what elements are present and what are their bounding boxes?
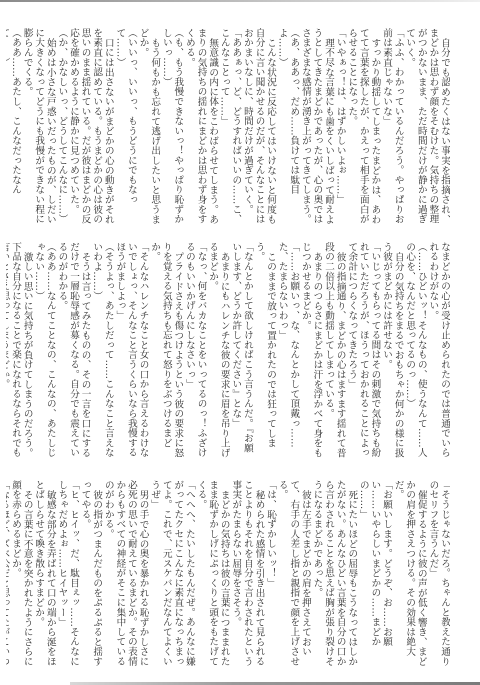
narration-paragraph: 無意識の内に体をこわばらせてしまう。あまりの気持ちの揺れにまどかは思わず身をすく… [183,28,218,226]
dialogue-line: 「いやぁっ！は、はずかしいよぉ……」 [334,28,346,226]
dialogue-line: 「……お願いっ、な、なんとかして頂戴っ……た、たまらないわっ」 [276,242,299,460]
dialogue-line: （あ、ああっ、だめ……負けては駄目よ……） [276,28,299,226]
text-band-middle: なまどかの心が受け止められたのでは普通でいられるわけがない。（……ひどいッ！そん… [6,242,450,460]
text-band-top: 自分でも認めたくはない事実を指摘され、まどかは思わず顔をそむけた。気持ちの整理が… [6,28,450,226]
narration-paragraph: 秘められた感情を引き出されて見られることよりもそれを自分で言わされたという事実が… [230,480,265,670]
dialogue-line: （か、かなしいっ、どうしてこんなに……） [56,28,68,226]
dialogue-line: （……ひどいッ！そんなもの、使うなんて……人の心を、なんだと思ってるのっ……） [404,242,427,460]
dialogue-line: 「そんなハレンチなこと女の口から言えるわけないでしょっ、そんなこと言うくらいなら… [114,242,149,460]
narration-paragraph: このままで放って置かれたのでは狂ってしまう。 [253,242,276,460]
narration-paragraph: 催促するように彼の声が低く響き、まどかの肩を押さえつける。その効果は絶大だ。 [392,480,427,670]
narration-paragraph: 理不尽な言葉にも歯をくいしばって耐えようとしてきたまどかであったが、心の奥ではさ… [299,28,334,226]
narration-paragraph: 始めは小さな戸惑いだったものが、しだいに大きくなってどうにも我慢ができない程に膨… [21,28,56,226]
dialogue-line: 「へへへ、たいしたもんだぜ。あんなに嫌がってたクセにこんなに素直になっちまってよ… [149,480,195,670]
dialogue-line: 「いじってもらってる間はその刺激で気持ちも紛れていただろうが、ほうっておかれるこ… [346,242,381,460]
narration-paragraph: 彼は左手でまどかの肩を押さえておいて、右手の人差し指と親指で顔を上げさせる。 [276,480,311,670]
narration-paragraph: 死にたいほどの屈辱もこうなってはしかたがない。あんなひどい言葉を自分の口から言わ… [311,480,357,670]
narration-paragraph: こんな状況に反応してはいけないと何度も自分に言い聞かせるのだが、そんなことにはお… [241,28,276,226]
narration-paragraph: その言葉に不意を突かれたようにさらに顔を赤らめるまどか。 [9,480,32,670]
narration-paragraph: プライドさえも傷つけようという彼の要求に怒りを覚える気持ちも忘れて怒りをぶつける… [149,242,184,460]
narration-paragraph: 男の手で心の奥を暴かれる恥ずかしさに必死の思いで耐えているまどか。その表情からも… [102,480,148,670]
dialogue-line: 「そうじゃないだろ。ちゃんと教えた通りのセリフを言うんだ」 [427,480,450,670]
narration-paragraph: 敏感な部分を弄ばれて口の端から涎をほとばしらせて喚き散らすまどか。 [33,480,56,670]
narration-paragraph: 彼の指摘通り、まどかの心はますます揺れて普段の二倍以上も動揺してしまっている。 [322,242,345,460]
narration-paragraph: 自分でも認めたくはない事実を指摘され、まどかは思わず顔をそむけた。気持ちの整理が… [404,28,450,226]
narration-paragraph: 激しい思いに気持ちが負けてしまうのだろう。下品な自分になることで楽になれるならそ… [6,242,33,460]
text-band-bottom: 「そうじゃないだろ。ちゃんと教えた通りのセリフを言うんだ」催促するように彼の声が… [6,480,450,670]
narration-paragraph: そうは言ってみたものの、その一言を口にするだけで一層恥辱感が募くなる。自分でも震… [56,242,91,460]
narration-paragraph: 自分の気持ちをまるでおもちゃか何かの様に扱う彼がまどかには許せない。 [380,242,403,460]
dialogue-line: 「ああぁっ、ど、どうすればいいの……こ、こんなことって……」 [218,28,241,226]
narration-paragraph: あまりにもハレンチな彼の要求に眉を吊り上げるまどか。 [207,242,230,460]
dialogue-line: 「ふふ、わかっているんだろう。やっぱりお前は素直じゃないな」 [380,28,403,226]
dialogue-line: （ああ……あたし、こんなだったなんて……） [6,28,21,226]
narration-paragraph: もう何もかも忘れて逃げ出したいと思うまどか。 [137,28,160,226]
narration-paragraph: あまりのつらさにまどかは汗を浮かべて身をもじつかせるまどか。 [299,242,322,460]
dialogue-line: （そうよっ、あたしだって……こんなこと言えないわよ……） [91,242,114,460]
dialogue-line: （ああ……なんてことなの、こんなの、あたしじゃない……） [33,242,56,460]
dialogue-line: （も、もう我慢できないっ！やっぱり恥ずかしいっ……） [160,28,183,226]
dialogue-line: 「お願いします。どうぞ、お……お願い……いやらしいまどかの……まどかの……」 [357,480,392,670]
narration-paragraph: 彼の指がつまんだものをぷるぷると揺すってやる。 [79,480,102,670]
dialogue-line: 「ヒ、ヒイッ、だ、駄目ぇッ……そんなにしちゃだめよぉ……ヒイヤッー」 [56,480,79,670]
scan-top-edge [0,0,480,2]
narration-paragraph: すっかり動揺してしまったまどかは、あわてて言葉を探したが、かえって相手を面白がら… [346,28,381,226]
dialogue-line: 「なるほど、ズベ公だと思ってたがこいつは拾いもんだったわけだ。どおりで恥ずかしが… [6,480,9,670]
narration-paragraph: 口には出さないがまどかの心の動きがそれを素直に認めている。もうまどかの心は彼の思… [67,28,113,226]
dialogue-line: 「は、恥ずかしいッ！」 [265,480,277,670]
dialogue-line: 「なっ、何をバカなことをいってるのっ！ふざけるのもいいかげんにしなさいっ」 [183,242,206,460]
narration-paragraph: まどかの気持ちは彼の言葉につままれたまま恥ずかしげにぷっくりと頭をもたげてくる。 [195,480,230,670]
narration-paragraph: なまどかの心が受け止められたのでは普通でいられるわけがない。 [427,242,450,460]
dialogue-line: （いいっ、いいっ、もうどうにでもなって……） [114,28,137,226]
dialogue-line: 「なんとかして欲しければこう言うんだ。『お願いします、どうか許してください』とな… [230,242,253,460]
